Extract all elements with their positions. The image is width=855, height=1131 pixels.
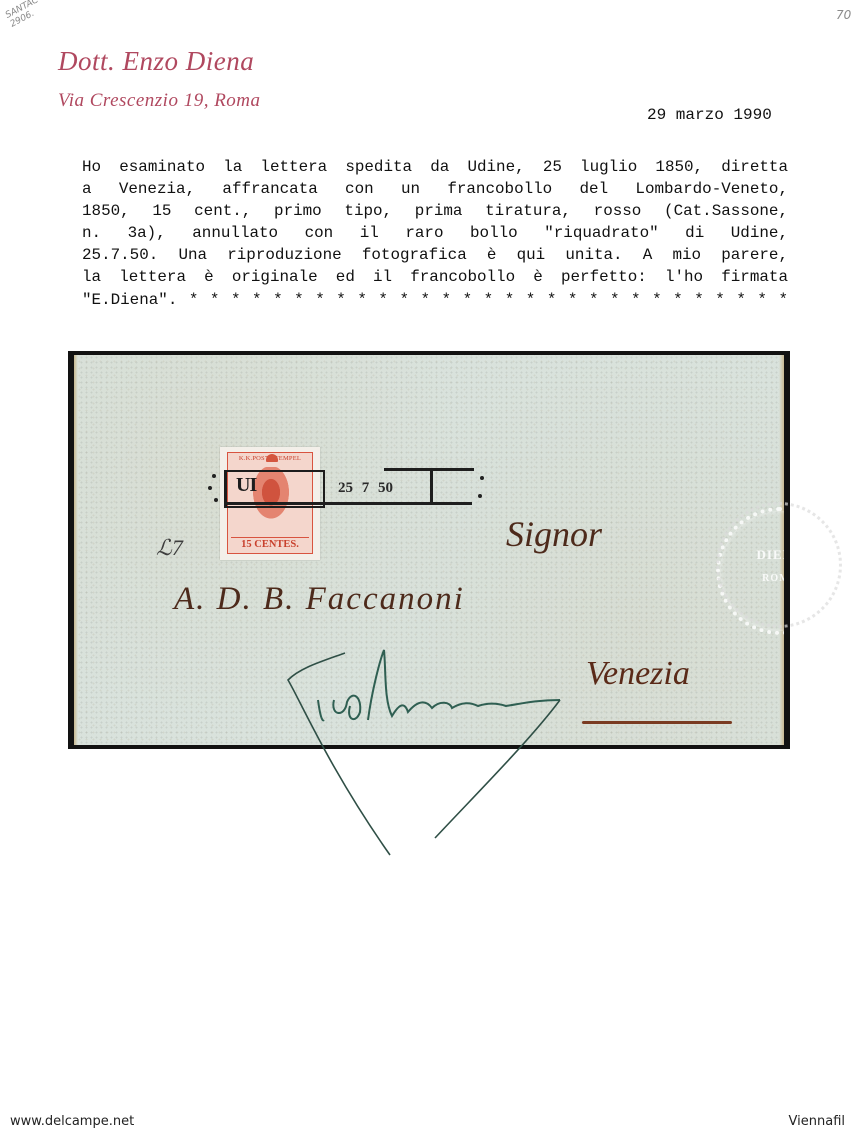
cover-edge-left — [74, 355, 78, 745]
letterhead-address: Via Crescenzio 19, Roma — [58, 90, 261, 112]
postmark-date: 25 7 50 — [338, 480, 393, 497]
certificate-line: n. 3a), annullato con il raro bollo "riq… — [82, 222, 788, 244]
footer-site-link[interactable]: www.delcampe.net — [10, 1114, 134, 1129]
postmark-month: 7 — [362, 480, 370, 496]
stamp-value-text: 15 CENTES. — [231, 537, 309, 550]
letterhead-name: Dott. Enzo Diena — [58, 46, 254, 77]
postmark-year: 50 — [378, 480, 393, 496]
postmark-town: UI — [236, 474, 256, 497]
postmark-day: 25 — [338, 480, 353, 496]
city-underline — [582, 721, 732, 724]
handwritten-mark: ℒ7 — [156, 535, 183, 561]
postmark-dot — [208, 486, 212, 490]
certificate-body: Ho esaminato la lettera spedita da Udine… — [82, 156, 788, 311]
certificate-line: la lettera è originale ed il francobollo… — [82, 266, 788, 288]
postmark-divider — [430, 468, 433, 504]
postmark-rule-bottom — [224, 502, 472, 505]
postmark-dot — [478, 494, 482, 498]
certificate-line: 1850, 15 cent., primo tipo, prima tiratu… — [82, 200, 788, 222]
certificate-line: "E.Diena". * * * * * * * * * * * * * * *… — [82, 289, 788, 311]
footer-seller-name: Viennafil — [789, 1114, 845, 1129]
handwritten-addressee: A. D. B. Faccanoni — [174, 581, 465, 618]
postmark-dot — [480, 476, 484, 480]
handwritten-city: Venezia — [586, 655, 690, 693]
cover-photo: K.K.POST-STEMPEL 15 CENTES. UI 25 7 50 ℒ… — [74, 355, 784, 745]
certificate-date: 29 marzo 1990 — [647, 106, 772, 124]
postmark-dot — [214, 498, 218, 502]
postmark-rule-top — [384, 468, 474, 471]
crown-icon — [266, 454, 278, 462]
postmark-dot — [212, 474, 216, 478]
certificate-line: Ho esaminato la lettera spedita da Udine… — [82, 156, 788, 178]
embossed-seal-outline — [716, 502, 842, 628]
certificate-line: 25.7.50. Una riproduzione fotografica è … — [82, 244, 788, 266]
pencil-annotation-right: 70 — [836, 10, 851, 20]
certificate-line: a Venezia, affrancata con un francobollo… — [82, 178, 788, 200]
handwritten-salutation: Signor — [506, 513, 602, 555]
pencil-annotation-left: SANTAC 2906. — [4, 0, 45, 30]
boxed-postmark: UI 25 7 50 — [208, 468, 488, 508]
